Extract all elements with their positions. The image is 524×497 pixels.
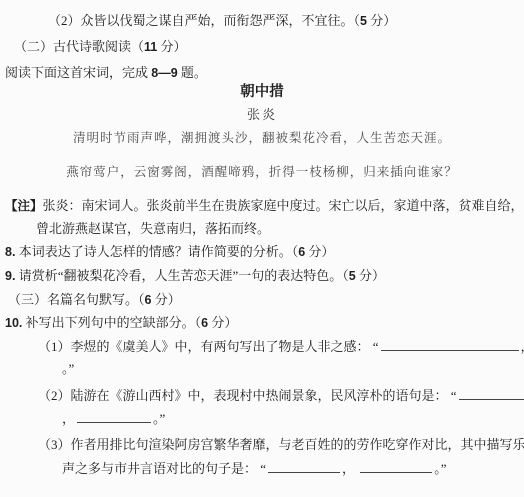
text-segment: ， [521, 339, 524, 354]
text-segment: 请赏析“翻被梨花冷看，人生苦恋天涯”一句的表达特色。（ [15, 268, 348, 283]
item-2-translation: （2）众皆以伐蜀之谋自严始，而衔怨严深，不宜往。（5 分） [48, 11, 396, 31]
text-segment: 。” [62, 361, 74, 376]
blank-underline [381, 337, 519, 351]
poem-line-2: 燕帘莺户，云窗雾阁，酒醒啼鸦，折得一枝杨柳，归来插向谁家？ [0, 162, 524, 182]
blank-underline [77, 409, 151, 423]
text-segment: 8—9 [151, 66, 177, 80]
section-2-heading: （二）古代诗歌阅读（11 分） [14, 37, 187, 57]
text-segment: （二）古代诗歌阅读（ [14, 39, 144, 54]
text-segment: 本词表达了诗人怎样的情感？请作简要的分析。（ [15, 244, 298, 259]
text-segment: 10. [5, 316, 22, 330]
text-segment: ， [342, 461, 358, 476]
text-segment: 。” [153, 411, 165, 426]
question-9: 9. 请赏析“翻被梨花冷看，人生苦恋天涯”一句的表达特色。（5 分） [5, 266, 385, 286]
text-segment: （2）众皆以伐蜀之谋自严始，而衔怨严深，不宜往。（ [48, 13, 360, 28]
section-3-heading: （三）名篇名句默写。（6 分） [8, 290, 181, 310]
blank-underline [459, 386, 524, 400]
question-8: 8. 本词表达了诗人怎样的情感？请作简要的分析。（6 分） [5, 242, 334, 262]
text-segment: 9. [5, 269, 15, 283]
text-segment: 分） [208, 315, 237, 330]
note-line-1: 【注】张炎：南宋词人。张炎前半生在贵族家庭中度过。宋亡以后，家道中落，贫难自给， [5, 196, 524, 216]
text-segment: 5 [349, 269, 356, 283]
exam-paper-page: （2）众皆以伐蜀之谋自严始，而衔怨严深，不宜往。（5 分） （二）古代诗歌阅读（… [0, 0, 524, 497]
poem-title: 朝中措 [0, 82, 524, 102]
text-segment: （1）李煜的《虞美人》中，有两句写出了物是人非之感： “ [38, 339, 379, 354]
text-segment: 。” [434, 461, 446, 476]
text-segment: 阅读下面这首宋词，完成 [5, 65, 151, 80]
text-segment: ， [62, 411, 75, 426]
text-segment: 燕帘莺户，云窗雾阁，酒醒啼鸦，折得一枝杨柳，归来插向谁家？ [66, 165, 458, 179]
note-line-2: 曾北游燕赵谋官，失意南归，落拓而终。 [36, 219, 270, 239]
text-segment: 8. [5, 245, 15, 259]
text-segment: 分） [305, 244, 334, 259]
text-segment: 分） [356, 268, 385, 283]
question-10: 10. 补写出下列句中的空缺部分。（6 分） [5, 313, 237, 333]
text-segment: 分） [367, 13, 396, 28]
text-segment: 朝中措 [240, 84, 284, 100]
item-10-3-line-1: （3）作者用排比句渲染阿房宫繁华奢靡，与老百姓的的劳作吃穿作对比，其中描写乐 [38, 435, 524, 455]
text-segment: 声之多与市井言语对比的句子是： “ [62, 461, 266, 476]
text-segment: 补写出下列句中的空缺部分。（ [22, 315, 201, 330]
blank-underline [360, 459, 432, 473]
text-segment: 分） [151, 292, 180, 307]
text-segment: 【注】 [5, 199, 43, 213]
text-segment: 分） [157, 39, 186, 54]
text-segment: 11 [144, 40, 157, 54]
item-10-2-line-2: ，。” [62, 409, 165, 429]
poem-line-1: 清明时节雨声哗，潮拥渡头沙，翻被梨花冷看，人生苦恋天涯。 [0, 128, 524, 148]
poem-author: 张炎 [0, 105, 524, 125]
text-segment: 曾北游燕赵谋官，失意南归，落拓而终。 [36, 221, 270, 236]
text-segment: 5 [360, 14, 367, 28]
blank-underline [268, 459, 340, 473]
text-segment: 张炎：南宋词人。张炎前半生在贵族家庭中度过。宋亡以后，家道中落，贫难自给， [43, 198, 524, 213]
text-segment: （2）陆游在《游山西村》中，表现村中热闹景象，民风淳朴的语句是： “ [38, 388, 457, 403]
text-segment: 题。 [178, 65, 207, 80]
reading-instruction: 阅读下面这首宋词，完成 8—9 题。 [5, 63, 207, 83]
item-10-3-line-2: 声之多与市井言语对比的句子是： “， 。” [62, 459, 447, 479]
text-segment: （三）名篇名句默写。（ [8, 292, 145, 307]
item-10-1-line-2: 。” [62, 359, 74, 379]
text-segment: （3）作者用排比句渲染阿房宫繁华奢靡，与老百姓的的劳作吃穿作对比，其中描写乐 [38, 437, 524, 452]
item-10-2-line-1: （2）陆游在《游山西村》中，表现村中热闹景象，民风淳朴的语句是： “ [38, 386, 524, 406]
text-segment: 张炎 [247, 107, 277, 122]
text-segment: 清明时节雨声哗，潮拥渡头沙，翻被梨花冷看，人生苦恋天涯。 [73, 131, 451, 145]
item-10-1-line-1: （1）李煜的《虞美人》中，有两句写出了物是人非之感： “， [38, 337, 524, 357]
